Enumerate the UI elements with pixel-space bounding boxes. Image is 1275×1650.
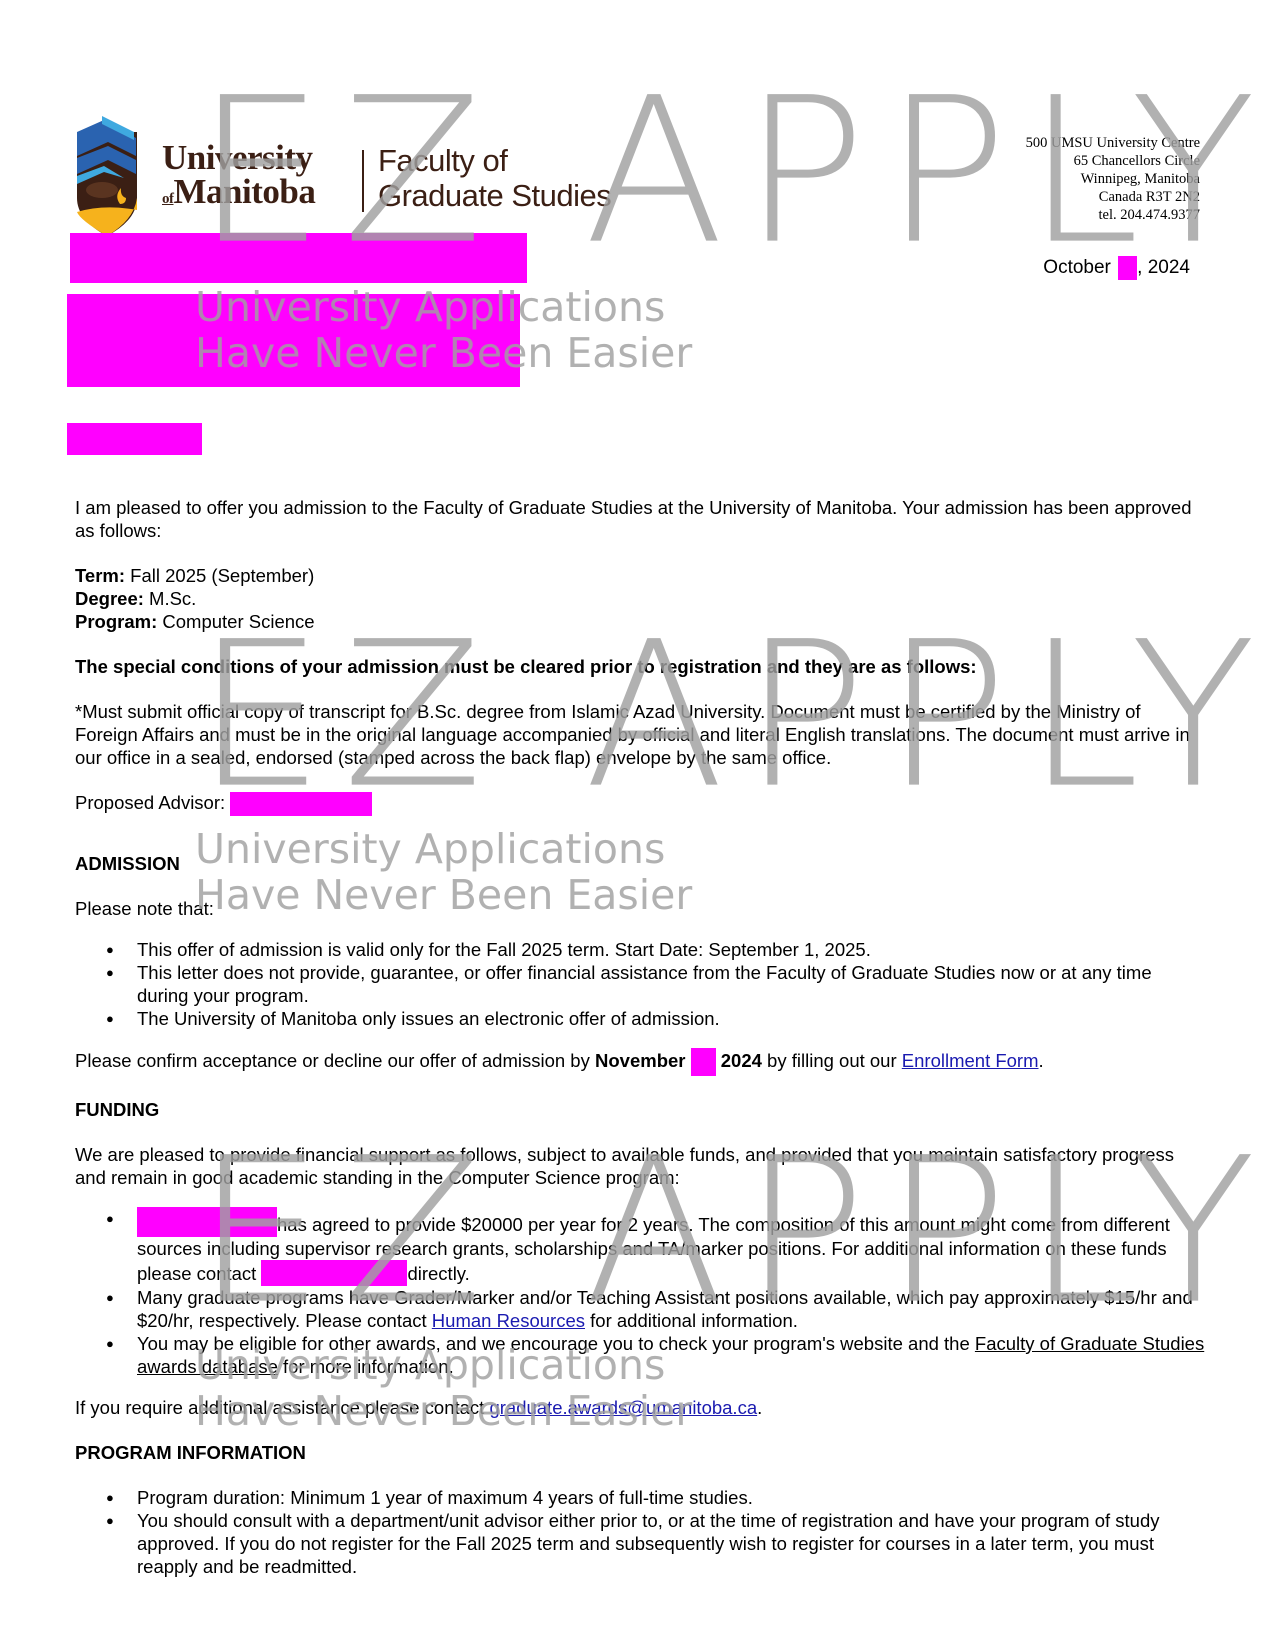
date-month: October: [1043, 257, 1111, 278]
list-item: You should consult with a department/uni…: [137, 1509, 1205, 1578]
list-item: Many graduate programs have Grader/Marke…: [137, 1286, 1205, 1332]
university-name-of: of: [162, 191, 174, 207]
degree-label: Degree:: [75, 588, 144, 609]
faculty-address: 500 UMSU University Centre 65 Chancellor…: [1026, 134, 1200, 224]
confirm-period: .: [1039, 1050, 1044, 1071]
address-line: 65 Chancellors Circle: [1026, 152, 1200, 170]
conditions-text: *Must submit official copy of transcript…: [75, 700, 1205, 769]
university-name-line1: University: [162, 141, 315, 175]
assist-text: If you require additional assistance ple…: [75, 1397, 489, 1418]
faculty-name-line1: Faculty of: [378, 143, 611, 178]
address-line: 500 UMSU University Centre: [1026, 134, 1200, 152]
address-phone: tel. 204.474.9377: [1026, 206, 1200, 224]
list-item: This letter does not provide, guarantee,…: [137, 961, 1205, 1007]
list-item: Program duration: Minimum 1 year of maxi…: [137, 1486, 1205, 1509]
redacted-recipient-address: [67, 294, 520, 387]
redacted-advisor-name: [230, 792, 372, 816]
list-item: has agreed to provide $20000 per year fo…: [137, 1207, 1205, 1286]
faculty-wordmark: Faculty of Graduate Studies: [378, 143, 611, 213]
funding-heading: FUNDING: [75, 1098, 1205, 1121]
confirm-text: Please confirm acceptance or decline our…: [75, 1050, 595, 1071]
admission-heading: ADMISSION: [75, 852, 1205, 875]
awards-email-link[interactable]: graduate.awards@umanitoba.ca: [489, 1397, 757, 1418]
university-name-line2: Manitoba: [174, 172, 316, 211]
conditions-heading: The special conditions of your admission…: [75, 655, 1205, 678]
redacted-funder-name: [137, 1207, 277, 1237]
admission-intro: Please note that:: [75, 897, 1205, 920]
ta-text-end: for additional information.: [585, 1310, 798, 1331]
faculty-name-line2: Graduate Studies: [378, 178, 611, 213]
offer-letter-page: University ofManitoba Faculty of Graduat…: [0, 0, 1275, 1650]
program-value: Computer Science: [157, 611, 314, 632]
awards-text-end: for more information.: [278, 1356, 454, 1377]
awards-text: You may be eligible for other awards, an…: [137, 1333, 975, 1354]
term-value: Fall 2025 (September): [125, 565, 314, 586]
funding-intro: We are pleased to provide financial supp…: [75, 1143, 1205, 1189]
degree-value: M.Sc.: [144, 588, 196, 609]
logo-divider: [362, 150, 364, 212]
enrollment-form-link[interactable]: Enrollment Form: [902, 1050, 1039, 1071]
letter-body: I am pleased to offer you admission to t…: [75, 496, 1205, 1600]
human-resources-link[interactable]: Human Resources: [432, 1310, 585, 1331]
redacted-day: [1118, 256, 1137, 280]
confirm-text-mid: by filling out our: [762, 1050, 902, 1071]
confirm-month: November: [595, 1050, 685, 1071]
list-item: The University of Manitoba only issues a…: [137, 1007, 1205, 1030]
intro-paragraph: I am pleased to offer you admission to t…: [75, 496, 1205, 542]
redacted-deadline-day: [691, 1048, 716, 1076]
assist-period: .: [757, 1397, 762, 1418]
address-line: Canada R3T 2N2: [1026, 188, 1200, 206]
term-label: Term:: [75, 565, 125, 586]
redacted-recipient-name: [70, 233, 527, 283]
date-year: , 2024: [1137, 257, 1190, 278]
admission-bullets: This offer of admission is valid only fo…: [75, 938, 1205, 1030]
assistance-contact: If you require additional assistance ple…: [75, 1396, 1205, 1419]
list-item: You may be eligible for other awards, an…: [137, 1332, 1205, 1378]
funding-bullets: has agreed to provide $20000 per year fo…: [75, 1207, 1205, 1378]
redacted-salutation: [67, 423, 202, 455]
program-label: Program:: [75, 611, 157, 632]
university-crest-logo-icon: [74, 112, 140, 238]
program-info-bullets: Program duration: Minimum 1 year of maxi…: [75, 1486, 1205, 1578]
redacted-contact-name: [261, 1260, 407, 1286]
letter-date: October , 2024: [1043, 256, 1190, 280]
address-line: Winnipeg, Manitoba: [1026, 170, 1200, 188]
list-item: This offer of admission is valid only fo…: [137, 938, 1205, 961]
confirm-year: 2024: [716, 1050, 762, 1071]
program-info-heading: PROGRAM INFORMATION: [75, 1441, 1205, 1464]
confirm-acceptance: Please confirm acceptance or decline our…: [75, 1048, 1205, 1076]
proposed-advisor: Proposed Advisor:: [75, 791, 1205, 816]
advisor-label: Proposed Advisor:: [75, 792, 230, 813]
funding-bullet-end: directly.: [407, 1263, 469, 1284]
admission-details: Term: Fall 2025 (September) Degree: M.Sc…: [75, 564, 1205, 633]
university-wordmark: University ofManitoba: [162, 141, 315, 216]
